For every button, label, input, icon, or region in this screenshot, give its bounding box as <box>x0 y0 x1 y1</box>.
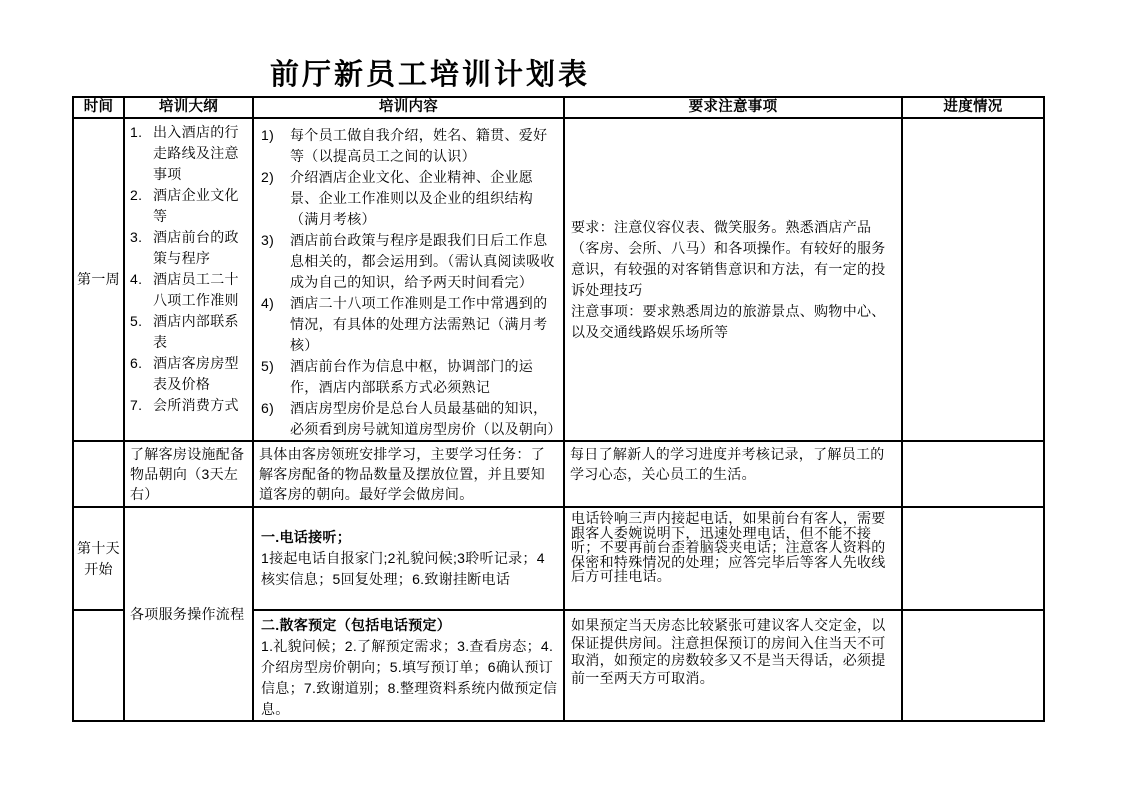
cell-progress-row3 <box>902 507 1044 610</box>
row-room-facilities: 了解客房设施配备物品朝向（3天左右） 具体由客房领班安排学习，主要学习任务：了解… <box>73 441 1044 507</box>
notes-requirements: 要求：注意仪容仪表、微笑服务。熟悉酒店产品（客房、会所、八马）和各项操作。有较好… <box>571 217 895 301</box>
outline-item: 4.酒店员工二十八项工作准则 <box>130 269 250 311</box>
cell-outline-row2: 了解客房设施配备物品朝向（3天左右） <box>124 441 253 507</box>
cell-content-week1: 1)每个员工做自我介绍，姓名、籍贯、爱好等（以提高员工之间的认识） 2)介绍酒店… <box>253 118 564 441</box>
content-item: 6)酒店房型房价是总台人员最基础的知识，必须看到房号就知道房型房价（以及朝向） <box>261 398 559 440</box>
cell-content-phone: 一.电话接听； 1接起电话自报家门;2礼貌问候;3聆听记录；4核实信息；5回复处… <box>253 507 564 610</box>
content-item: 2)介绍酒店企业文化、企业精神、企业愿景、企业工作准则以及企业的组织结构（满月考… <box>261 167 559 230</box>
content-heading-phone: 一.电话接听； <box>261 527 559 548</box>
document-title: 前厅新员工培训计划表 <box>270 52 590 93</box>
outline-item: 3.酒店前台的政策与程序 <box>130 227 250 269</box>
cell-progress-row2 <box>902 441 1044 507</box>
cell-time-week1: 第一周 <box>73 118 124 441</box>
document-page: 前厅新员工培训计划表 时间 培训大纲 培训内容 要求注意事项 进度情况 第一周 … <box>0 0 1123 794</box>
cell-notes-booking: 如果预定当天房态比较紧张可建议客人交定金，以保证提供房间。注意担保预订的房间入住… <box>564 610 902 721</box>
content-item: 1)每个员工做自我介绍，姓名、籍贯、爱好等（以提高员工之间的认识） <box>261 125 559 167</box>
header-cell-progress: 进度情况 <box>902 97 1044 118</box>
header-cell-time: 时间 <box>73 97 124 118</box>
content-item: 4)酒店二十八项工作准则是工作中常遇到的情况，有具体的处理方法需熟记（满月考核） <box>261 293 559 356</box>
training-plan-table: 时间 培训大纲 培训内容 要求注意事项 进度情况 第一周 1.出入酒店的行走路线… <box>72 96 1045 722</box>
content-item: 5)酒店前台作为信息中枢，协调部门的运作，酒店内部联系方式必须熟记 <box>261 356 559 398</box>
row-phone-answering: 第十天开始 各项服务操作流程 一.电话接听； 1接起电话自报家门;2礼貌问候;3… <box>73 507 1044 610</box>
outline-item: 7.会所消费方式 <box>130 395 250 416</box>
cell-notes-week1: 要求：注意仪容仪表、微笑服务。熟悉酒店产品（客房、会所、八马）和各项操作。有较好… <box>564 118 902 441</box>
cell-outline-week1: 1.出入酒店的行走路线及注意事项 2.酒店企业文化等 3.酒店前台的政策与程序 … <box>124 118 253 441</box>
outline-item: 6.酒店客房房型表及价格 <box>130 353 250 395</box>
cell-progress-week1 <box>902 118 1044 441</box>
header-cell-content: 培训内容 <box>253 97 564 118</box>
cell-progress-row4 <box>902 610 1044 721</box>
header-cell-notes: 要求注意事项 <box>564 97 902 118</box>
header-row: 时间 培训大纲 培训内容 要求注意事项 进度情况 <box>73 97 1044 118</box>
outline-item: 2.酒店企业文化等 <box>130 185 250 227</box>
notes-attention: 注意事项：要求熟悉周边的旅游景点、购物中心、以及交通线路娱乐场所等 <box>571 301 895 343</box>
cell-notes-phone: 电话铃响三声内接起电话，如果前台有客人，需要跟客人委婉说明下，迅速处理电话，但不… <box>564 507 902 610</box>
content-heading-booking: 二.散客预定（包括电话预定） <box>261 615 559 636</box>
outline-item: 5.酒店内部联系表 <box>130 311 250 353</box>
content-item: 3)酒店前台政策与程序是跟我们日后工作息息相关的，都会运用到。（需认真阅读吸收成… <box>261 230 559 293</box>
cell-time-day10: 第十天开始 <box>73 507 124 610</box>
cell-time-row2 <box>73 441 124 507</box>
cell-time-row4 <box>73 610 124 721</box>
content-body-booking: 1.礼貌问候；2.了解预定需求；3.查看房态；4.介绍房型房价朝向；5.填写预订… <box>261 636 559 720</box>
cell-notes-row2: 每日了解新人的学习进度并考核记录，了解员工的学习心态，关心员工的生活。 <box>564 441 902 507</box>
row-week1: 第一周 1.出入酒店的行走路线及注意事项 2.酒店企业文化等 3.酒店前台的政策… <box>73 118 1044 441</box>
cell-content-booking: 二.散客预定（包括电话预定） 1.礼貌问候；2.了解预定需求；3.查看房态；4.… <box>253 610 564 721</box>
content-body-phone: 1接起电话自报家门;2礼貌问候;3聆听记录；4核实信息；5回复处理；6.致谢挂断… <box>261 548 559 590</box>
cell-outline-service-procedures: 各项服务操作流程 <box>124 507 253 721</box>
cell-content-row2: 具体由客房领班安排学习，主要学习任务：了解客房配备的物品数量及摆放位置，并且要知… <box>253 441 564 507</box>
outline-item: 1.出入酒店的行走路线及注意事项 <box>130 122 250 185</box>
header-cell-outline: 培训大纲 <box>124 97 253 118</box>
